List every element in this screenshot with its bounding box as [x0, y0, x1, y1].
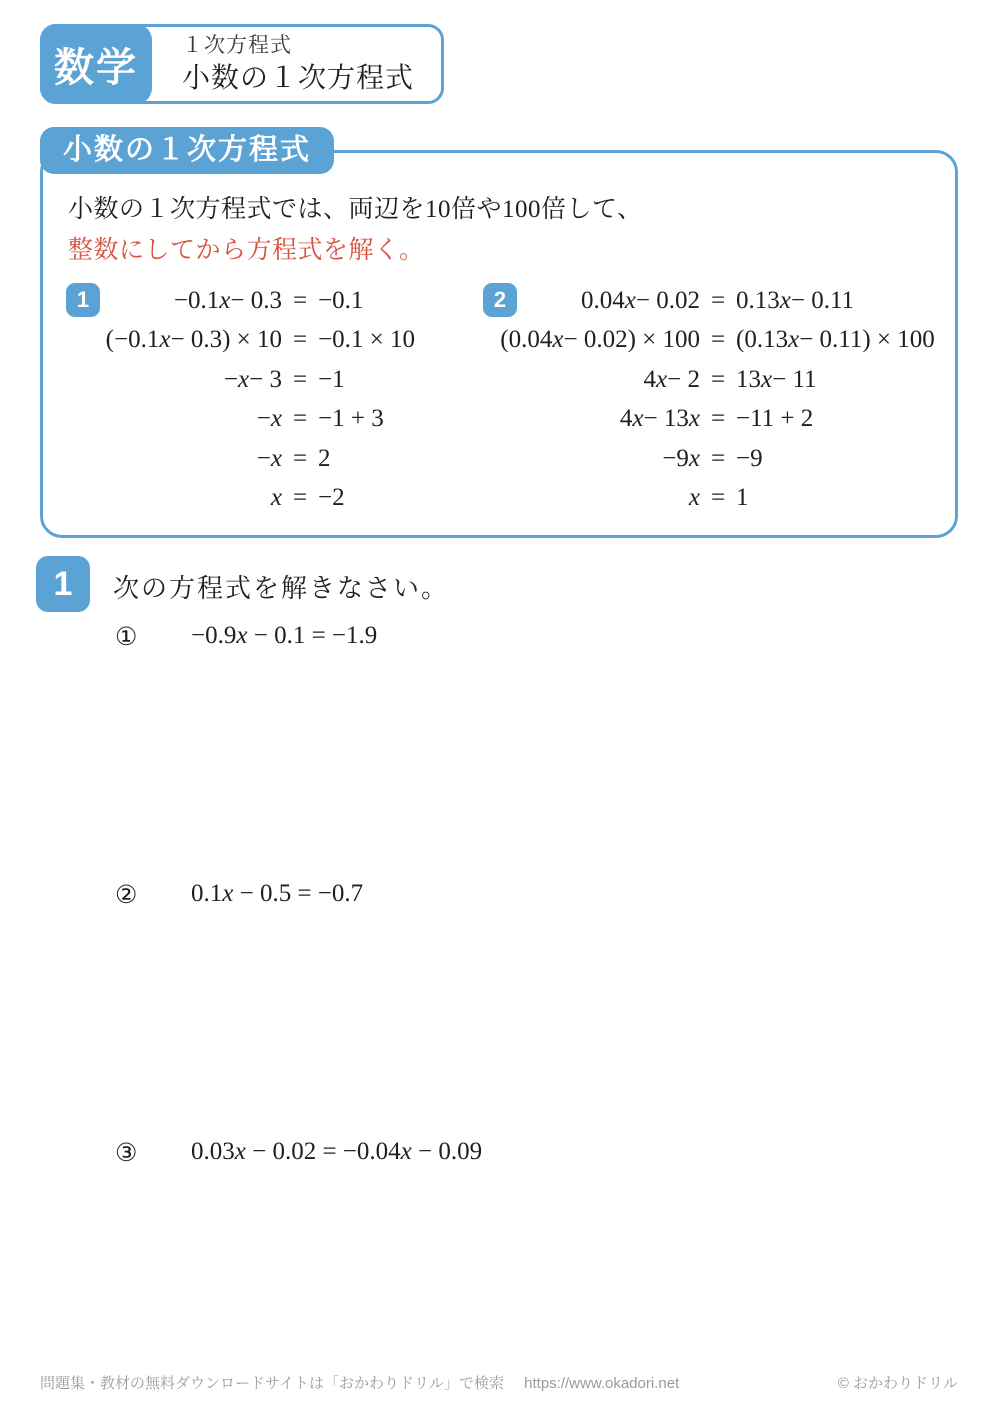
equals-sign: = [700, 400, 736, 440]
intro-line-1: 小数の１次方程式では、両辺を10倍や100倍して、 [68, 189, 643, 230]
footer-url: https://www.okadori.net [524, 1375, 679, 1392]
equation-rhs: 1 [736, 479, 935, 519]
lesson-title-pill: 小数の１次方程式 [40, 127, 334, 174]
problem-item-label: ③ [115, 1138, 191, 1168]
intro-line-2: 整数にしてから方程式を解く。 [68, 230, 643, 271]
equals-sign: = [700, 479, 736, 519]
equals-sign: = [700, 321, 736, 361]
problem-item-1: ① −0.9x − 0.1 = −1.9 [115, 622, 377, 652]
equation-rhs: −11 + 2 [736, 400, 935, 440]
problem-item-equation: −0.9x − 0.1 = −1.9 [191, 622, 377, 652]
equals-sign: = [282, 400, 318, 440]
footer-search-text: 問題集・教材の無料ダウンロードサイトは「おかわりドリル」で検索 [40, 1375, 504, 1392]
equation-lhs: 4x − 13x [478, 400, 700, 440]
equals-sign: = [700, 439, 736, 479]
lesson-intro: 小数の１次方程式では、両辺を10倍や100倍して、 整数にしてから方程式を解く。 [68, 189, 643, 271]
problem-item-equation: 0.03x − 0.02 = −0.04x − 0.09 [191, 1138, 482, 1168]
equation-rhs: −1 + 3 [318, 400, 415, 440]
equation-lhs: −x [70, 439, 282, 479]
equation-rhs: (0.13x − 0.11) × 100 [736, 321, 935, 361]
footer-copyright: © おかわりドリル [838, 1372, 958, 1393]
example-2-steps: 0.04x − 0.02 = 0.13x − 0.11 (0.04x − 0.0… [478, 281, 935, 518]
equation-rhs: 0.13x − 0.11 [736, 281, 935, 321]
equals-sign: = [282, 439, 318, 479]
equation-lhs: −x − 3 [70, 360, 282, 400]
equation-rhs: −2 [318, 479, 415, 519]
page-header: 数学 １次方程式 小数の１次方程式 [40, 24, 444, 104]
problem-item-label: ② [115, 880, 191, 910]
equation-lhs: 4x − 2 [478, 360, 700, 400]
subject-badge: 数学 [40, 24, 152, 104]
equals-sign: = [282, 479, 318, 519]
equation-rhs: −0.1 × 10 [318, 321, 415, 361]
equation-lhs: −0.1x − 0.3 [70, 281, 282, 321]
example-1-badge: 1 [66, 283, 100, 317]
equation-rhs: −1 [318, 360, 415, 400]
equation-lhs: x [478, 479, 700, 519]
equation-lhs: (−0.1x − 0.3) × 10 [70, 321, 282, 361]
equation-lhs: x [70, 479, 282, 519]
equals-sign: = [282, 360, 318, 400]
equation-rhs: −0.1 [318, 281, 415, 321]
equals-sign: = [700, 360, 736, 400]
problem-item-equation: 0.1x − 0.5 = −0.7 [191, 880, 363, 910]
problem-item-2: ② 0.1x − 0.5 = −0.7 [115, 880, 363, 910]
equation-lhs: −9x [478, 439, 700, 479]
equation-lhs: −x [70, 400, 282, 440]
equals-sign: = [700, 281, 736, 321]
problem-item-label: ① [115, 622, 191, 652]
equation-rhs: 2 [318, 439, 415, 479]
problem-number-badge: 1 [36, 556, 90, 612]
example-2-badge: 2 [483, 283, 517, 317]
equation-rhs: 13x − 11 [736, 360, 935, 400]
equation-rhs: −9 [736, 439, 935, 479]
equals-sign: = [282, 321, 318, 361]
unit-label: １次方程式 [182, 32, 414, 60]
worked-example-2: 2 0.04x − 0.02 = 0.13x − 0.11 (0.04x − 0… [478, 281, 935, 518]
equation-lhs: (0.04x − 0.02) × 100 [478, 321, 700, 361]
worked-example-1: 1 −0.1x − 0.3 = −0.1 (−0.1x − 0.3) × 10 … [70, 281, 415, 518]
example-1-steps: −0.1x − 0.3 = −0.1 (−0.1x − 0.3) × 10 = … [70, 281, 415, 518]
header-text: １次方程式 小数の１次方程式 [182, 32, 414, 96]
topic-label: 小数の１次方程式 [182, 60, 414, 96]
equals-sign: = [282, 281, 318, 321]
footer-site-info: 問題集・教材の無料ダウンロードサイトは「おかわりドリル」で検索 https://… [40, 1372, 679, 1393]
problem-instruction: 次の方程式を解きなさい。 [113, 568, 449, 605]
problem-item-3: ③ 0.03x − 0.02 = −0.04x − 0.09 [115, 1138, 482, 1168]
